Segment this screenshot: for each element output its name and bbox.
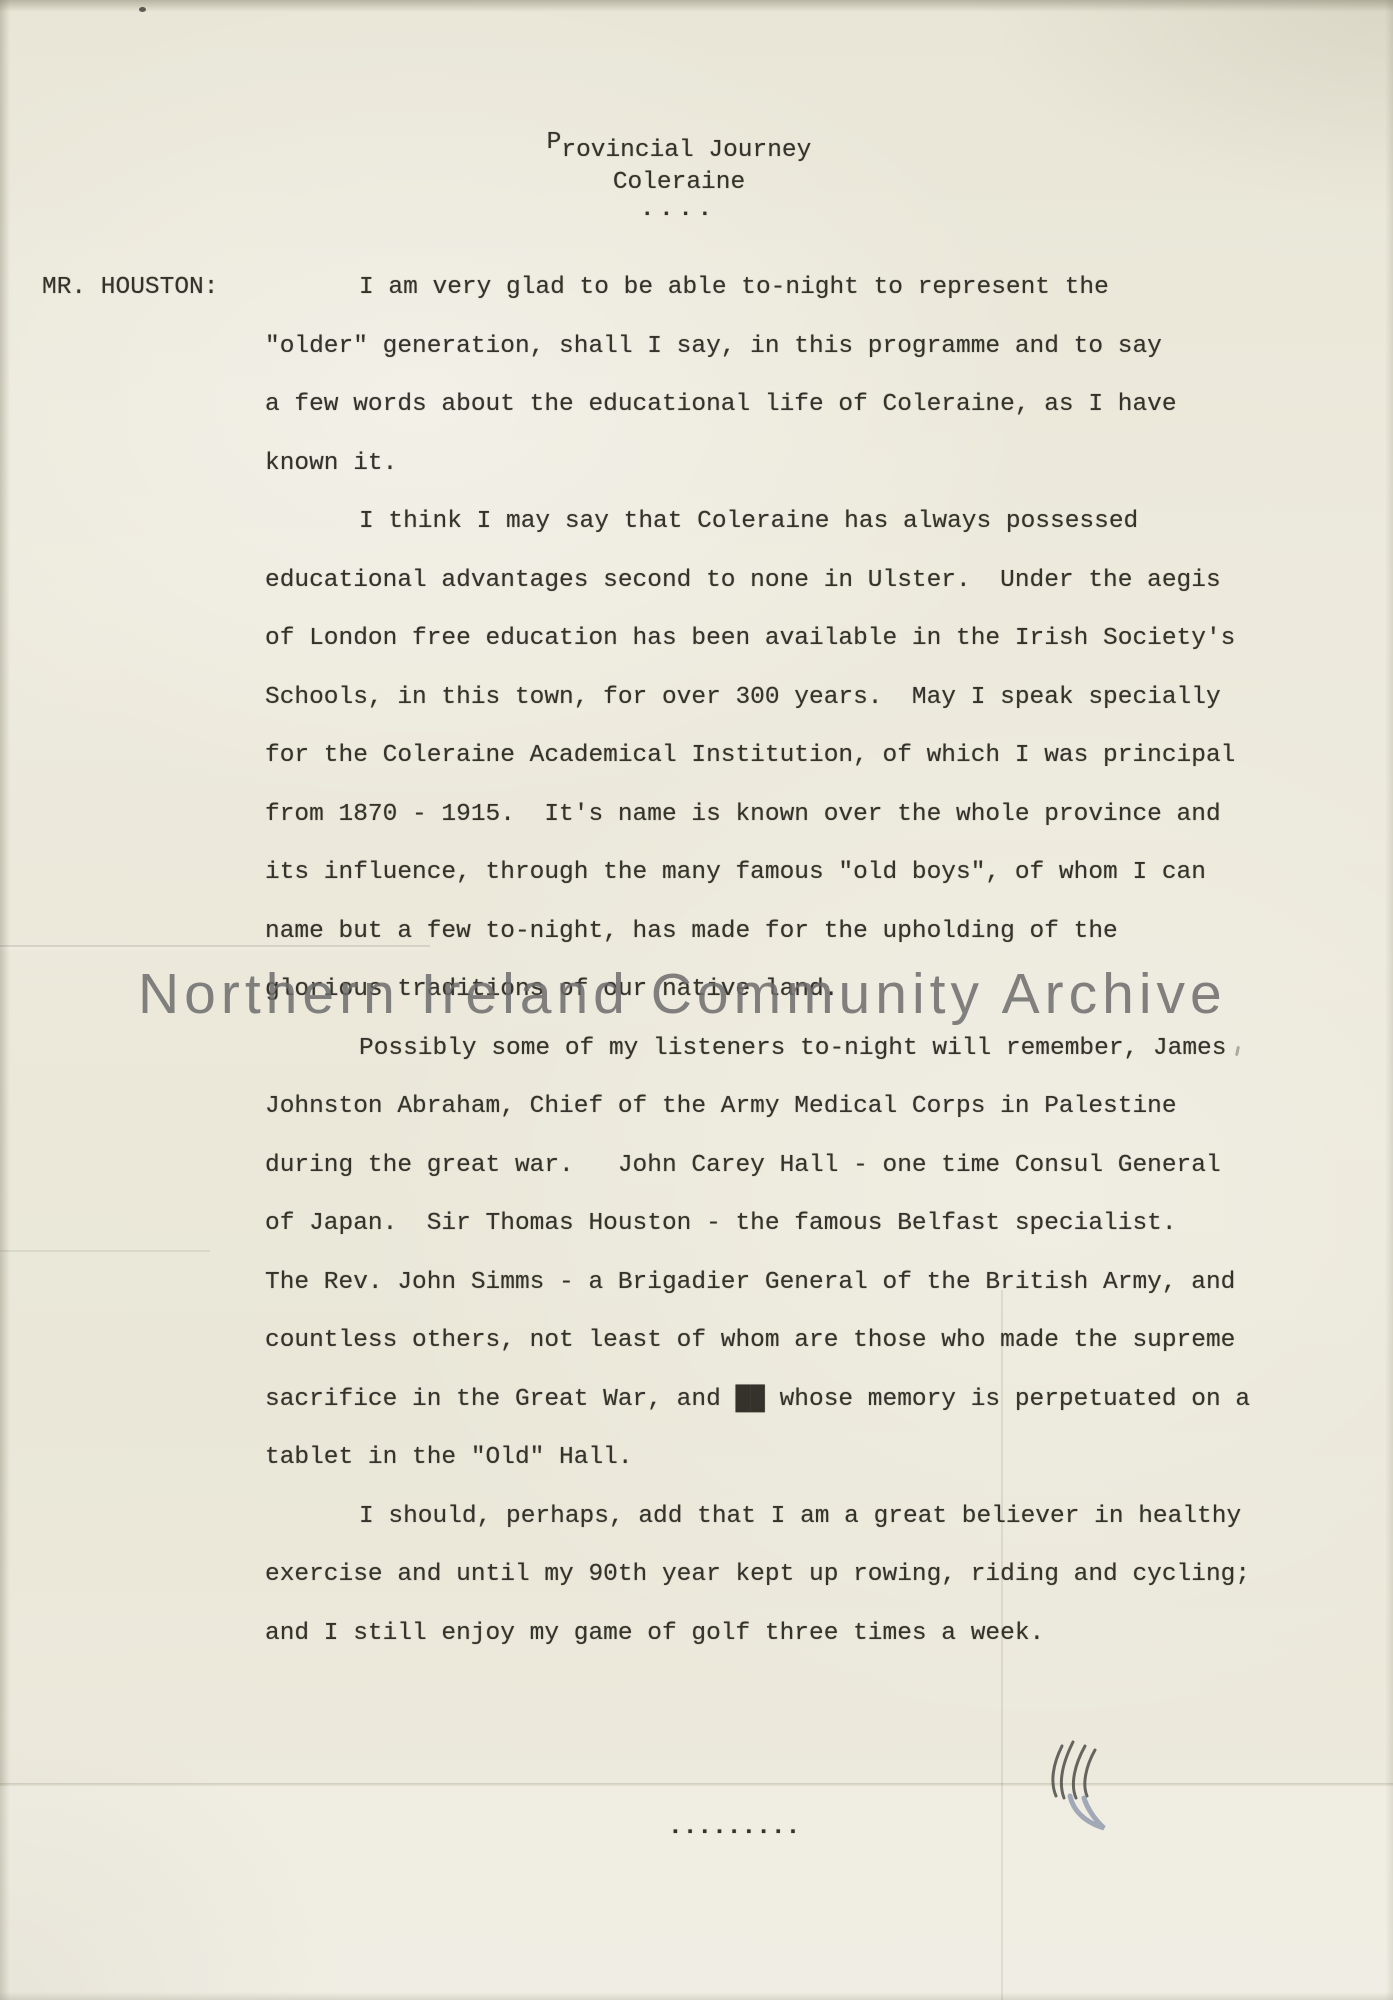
paper-edge-left [0,0,10,2000]
closing-dots: ......... [668,1816,800,1840]
pencil-scribble [1053,1742,1095,1798]
title-separator-dots: .... [0,198,1358,222]
paper-speck [139,7,146,12]
archive-watermark: Northern Ireland Community Archive [138,963,1227,1025]
document-subtitle: Coleraine [0,167,1358,198]
typed-line: tablet in the "Old" Hall. [265,1429,1275,1488]
typed-line: of London free education has been availa… [265,610,1275,669]
typed-line: for the Coleraine Academical Institution… [265,727,1275,786]
typed-line: a few words about the educational life o… [265,376,1275,435]
typed-line: educational advantages second to none in… [265,552,1275,611]
typed-line: name but a few to-night, has made for th… [265,903,1275,962]
typed-line: its influence, through the many famous "… [265,844,1275,903]
typed-line: I am very glad to be able to-night to re… [265,259,1275,318]
title-initial: P [547,126,562,159]
paper-edge-top [0,0,1393,12]
title-rest: rovincial Journey [561,137,811,164]
typed-line: I should, perhaps, add that I am a great… [265,1488,1275,1547]
typed-line: countless others, not least of whom are … [265,1312,1275,1371]
typed-line: Johnston Abraham, Chief of the Army Medi… [265,1078,1275,1137]
typed-line: "older" generation, shall I say, in this… [265,318,1275,377]
document-page: Provincial Journey Coleraine .... MR. HO… [0,0,1393,2000]
body-text: I am very glad to be able to-night to re… [265,259,1275,1663]
handwritten-initials [1040,1736,1130,1840]
typed-line: from 1870 - 1915. It's name is known ove… [265,786,1275,845]
typed-line: I think I may say that Coleraine has alw… [265,493,1275,552]
typed-line: Possibly some of my listeners to-night w… [265,1020,1275,1079]
typed-line: and I still enjoy my game of golf three … [265,1605,1275,1664]
blue-pencil-curve [1070,1796,1104,1828]
paper-crease [0,1250,210,1252]
speaker-label: MR. HOUSTON: [42,259,218,318]
typed-line: known it. [265,435,1275,494]
typed-line: Schools, in this town, for over 300 year… [265,669,1275,728]
typed-line: sacrifice in the Great War, and ██ whose… [265,1371,1275,1430]
typed-line: of Japan. Sir Thomas Houston - the famou… [265,1195,1275,1254]
document-title: Provincial Journey [0,134,1358,167]
paper-edge-right [1385,0,1393,2000]
typed-line: exercise and until my 90th year kept up … [265,1546,1275,1605]
typed-line: during the great war. John Carey Hall - … [265,1137,1275,1196]
title-block: Provincial Journey Coleraine .... [0,134,1358,222]
typed-line: The Rev. John Simms - a Brigadier Genera… [265,1254,1275,1313]
